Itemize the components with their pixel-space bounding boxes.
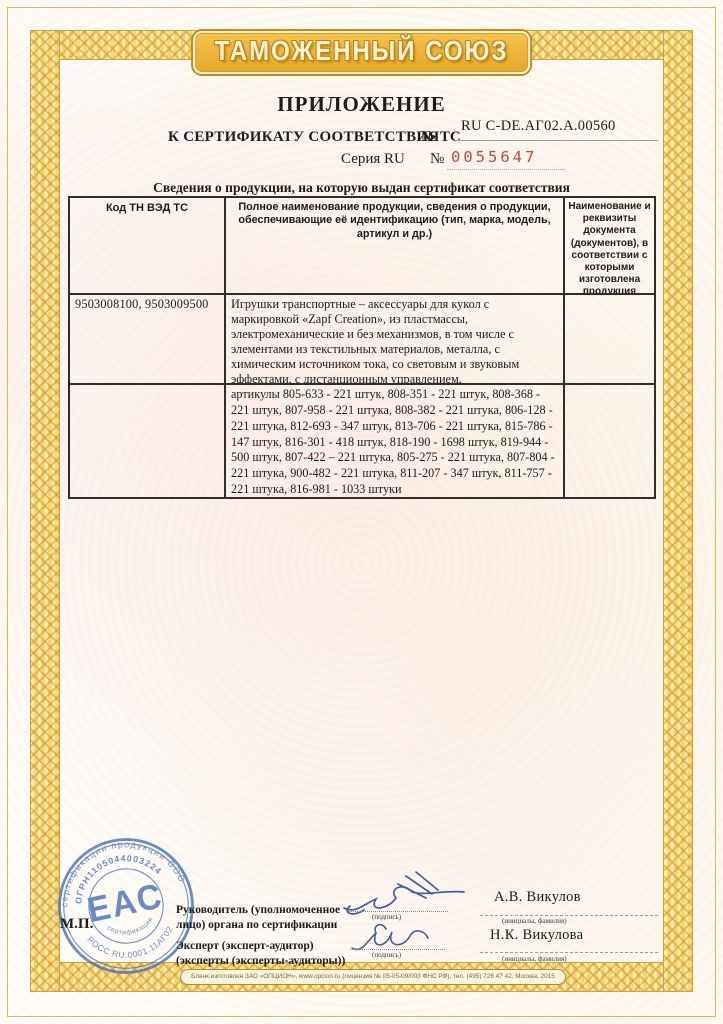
column-header-code: Код ТН ВЭД ТС: [69, 197, 225, 294]
column-header-description: Полное наименование продукции, сведения …: [225, 197, 564, 294]
head-name: А.В. Викулов: [494, 889, 581, 906]
series-number-underline: [447, 169, 565, 170]
certificate-number-prefix: № ТС: [421, 129, 461, 146]
certificate-number-underline: [455, 140, 658, 141]
table-row-document: [564, 294, 655, 384]
series-label: Серия RU: [341, 151, 405, 168]
table-row-document: [564, 384, 655, 498]
page-title: ПРИЛОЖЕНИЕ: [0, 92, 723, 117]
product-table: Код ТН ВЭД ТС Полное наименование продук…: [68, 196, 656, 499]
form-print-info: Бланк изготовлен ЗАО «ОПЦИОН», www.opcio…: [180, 969, 566, 985]
head-name-caption: (инициалы, фамилия): [502, 917, 567, 925]
signature-caption-head: (подпись): [372, 913, 401, 921]
signature-line-head: [348, 911, 448, 912]
mp-seal-label: М.П.: [60, 916, 93, 933]
border-band-left: [30, 30, 60, 992]
role-expert-auditor: Эксперт (эксперт-аудитор) (эксперты (экс…: [176, 939, 354, 969]
signature-line-expert: [350, 949, 445, 950]
expert-name-caption: (инициалы, фамилия): [502, 955, 567, 963]
certificate-page: ТАМОЖЕННЫЙ СОЮЗ ПРИЛОЖЕНИЕ К СЕРТИФИКАТУ…: [0, 0, 723, 1024]
certificate-subtitle: К СЕРТИФИКАТУ СООТВЕТСТВИЯ: [168, 129, 440, 146]
table-row-code: 9503008100, 9503009500: [69, 294, 225, 384]
customs-union-badge: ТАМОЖЕННЫЙ СОЮЗ: [193, 31, 531, 74]
border-band-right: [663, 30, 693, 992]
series-number: 0055647: [451, 148, 537, 166]
customs-union-badge-label: ТАМОЖЕННЫЙ СОЮЗ: [215, 36, 509, 68]
table-row-description: Игрушки транспортные – аксессуары для ку…: [225, 294, 564, 384]
table-row-code: [69, 384, 225, 498]
column-header-document: Наименование и реквизиты документа (доку…: [564, 197, 655, 294]
eac-logo-text: ЕАС: [84, 876, 167, 930]
series-number-sign: №: [430, 151, 444, 168]
expert-name-line: [480, 952, 658, 953]
expert-name: Н.К. Викулова: [490, 927, 583, 944]
signature-caption-expert: (подпись): [372, 951, 401, 959]
head-name-line: [480, 915, 658, 916]
certificate-number: RU C-DE.АГ02.A.00560: [461, 118, 616, 135]
table-caption: Сведения о продукции, на которую выдан с…: [0, 180, 723, 196]
table-row-articles: артикулы 805-633 - 221 штук, 808-351 - 2…: [225, 384, 564, 498]
role-head-of-body: Руководитель (уполномоченное лицо) орган…: [176, 903, 354, 933]
